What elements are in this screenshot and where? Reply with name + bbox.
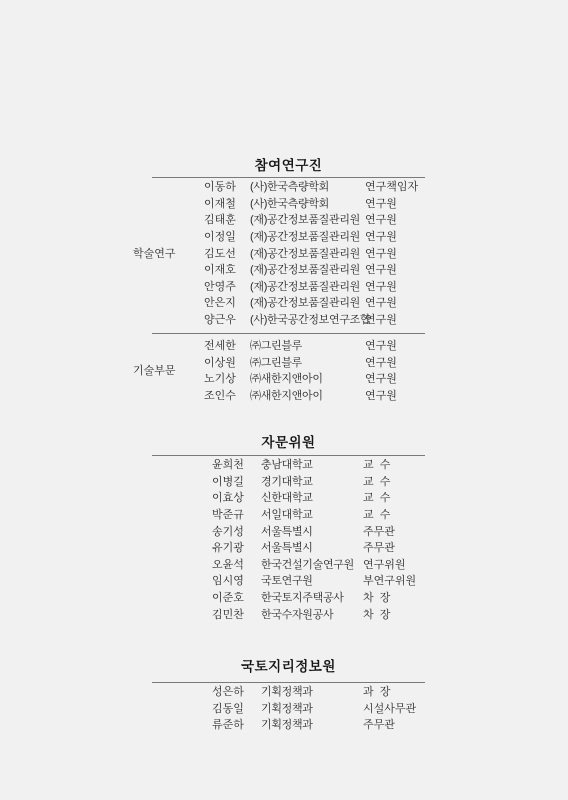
role-cell: 연구원 <box>365 311 427 327</box>
section-title: 자문위원 <box>152 434 425 452</box>
role-cell: 차 장 <box>363 606 425 622</box>
role-cell: 연구원 <box>365 211 427 227</box>
affiliation-cell: 한국건설기술연구원 <box>261 556 363 572</box>
contributor-row: 김도선(재)공간정보품질관리원연구원 <box>133 244 425 261</box>
affiliation-cell: ㈜새한지앤아이 <box>250 387 365 403</box>
role-cell: 연구원 <box>365 370 427 386</box>
group-divider <box>152 333 425 334</box>
contributor-row: 안은지(재)공간정보품질관리원연구원 <box>133 294 425 311</box>
contributor-row: 오윤석한국건설기술연구원연구위원 <box>133 556 425 573</box>
name-cell: 노기상 <box>204 370 250 386</box>
name-cell: 이정일 <box>204 228 250 244</box>
name-cell: 김도선 <box>204 245 250 261</box>
role-cell: 시설사무관 <box>363 700 425 716</box>
name-cell: 이효상 <box>212 489 261 505</box>
advisor-rows: 윤희천충남대학교교 수이병길경기대학교교 수이효상신한대학교교 수박준규서일대학… <box>133 456 425 622</box>
name-cell: 오윤석 <box>212 556 261 572</box>
contributor-row: 윤희천충남대학교교 수 <box>133 456 425 473</box>
affiliation-cell: (사)한국측량학회 <box>250 178 365 194</box>
name-cell: 김동일 <box>212 700 261 716</box>
contributor-row: 양근우(사)한국공간정보연구조합연구원 <box>133 311 425 328</box>
section-participating-researchers: 참여연구진 학술연구이동하(사)한국측량학회연구책임자이재철(사)한국측량학회연… <box>133 157 425 403</box>
contributor-row: 유기광서울특별시주무관 <box>133 539 425 556</box>
section-title: 참여연구진 <box>152 157 425 175</box>
contributor-row: 노기상㈜새한지앤아이연구원 <box>133 370 425 387</box>
ngii-rows: 성은하기획정책과과 장김동일기획정책과시설사무관류준하기획정책과주무관 <box>133 683 425 733</box>
name-cell: 박준규 <box>212 506 261 522</box>
role-cell: 교 수 <box>363 456 425 472</box>
category-label: 기술부문 <box>133 362 176 378</box>
affiliation-cell: (사)한국공간정보연구조합 <box>250 311 365 327</box>
contributor-row: 박준규서일대학교교 수 <box>133 506 425 523</box>
affiliation-cell: ㈜그린블루 <box>250 337 365 353</box>
role-cell: 연구원 <box>365 245 427 261</box>
affiliation-cell: 충남대학교 <box>261 456 363 472</box>
role-cell: 연구원 <box>365 228 427 244</box>
affiliation-cell: 기획정책과 <box>261 716 363 732</box>
contributor-row: 이동하(사)한국측량학회연구책임자 <box>133 178 425 195</box>
affiliation-cell: 한국수자원공사 <box>261 606 363 622</box>
name-cell: 김태훈 <box>204 211 250 227</box>
role-cell: 연구원 <box>365 387 427 403</box>
name-cell: 류준하 <box>212 716 261 732</box>
name-cell: 조인수 <box>204 387 250 403</box>
affiliation-cell: ㈜새한지앤아이 <box>250 370 365 386</box>
affiliation-cell: 경기대학교 <box>261 473 363 489</box>
name-cell: 이병길 <box>212 473 261 489</box>
role-cell: 교 수 <box>363 473 425 489</box>
contributor-row: 김민찬한국수자원공사차 장 <box>133 605 425 622</box>
contributor-row: 이정일(재)공간정보품질관리원연구원 <box>133 228 425 245</box>
document-page: 참여연구진 학술연구이동하(사)한국측량학회연구책임자이재철(사)한국측량학회연… <box>0 0 568 800</box>
role-cell: 연구원 <box>365 278 427 294</box>
researcher-group: 기술부문전세한㈜그린블루연구원이상원㈜그린블루연구원노기상㈜새한지앤아이연구원조… <box>133 337 425 403</box>
role-cell: 연구위원 <box>363 556 425 572</box>
role-cell: 차 장 <box>363 589 425 605</box>
category-label: 학술연구 <box>133 245 176 261</box>
role-cell: 과 장 <box>363 683 425 699</box>
contributor-row: 이재철(사)한국측량학회연구원 <box>133 195 425 212</box>
name-cell: 송기성 <box>212 523 261 539</box>
role-cell: 연구원 <box>365 294 427 310</box>
name-cell: 임시영 <box>212 572 261 588</box>
affiliation-cell: 서일대학교 <box>261 506 363 522</box>
contributor-row: 이상원㈜그린블루연구원 <box>133 353 425 370</box>
name-cell: 양근우 <box>204 311 250 327</box>
section-title: 국토지리정보원 <box>152 658 425 676</box>
affiliation-cell: (재)공간정보품질관리원 <box>250 228 365 244</box>
section-advisory-committee: 자문위원 윤희천충남대학교교 수이병길경기대학교교 수이효상신한대학교교 수박준… <box>133 434 425 622</box>
affiliation-cell: 기획정책과 <box>261 683 363 699</box>
affiliation-cell: (재)공간정보품질관리원 <box>250 245 365 261</box>
researcher-group: 학술연구이동하(사)한국측량학회연구책임자이재철(사)한국측량학회연구원김태훈(… <box>133 178 425 327</box>
name-cell: 안은지 <box>204 294 250 310</box>
contributor-row: 이효상신한대학교교 수 <box>133 489 425 506</box>
role-cell: 연구책임자 <box>365 178 427 194</box>
affiliation-cell: 신한대학교 <box>261 489 363 505</box>
role-cell: 연구원 <box>365 195 427 211</box>
contributor-row: 류준하기획정책과주무관 <box>133 716 425 733</box>
affiliation-cell: 국토연구원 <box>261 572 363 588</box>
role-cell: 주무관 <box>363 716 425 732</box>
contributor-row: 전세한㈜그린블루연구원 <box>133 337 425 354</box>
contributor-row: 성은하기획정책과과 장 <box>133 683 425 700</box>
contributor-row: 이준호한국토지주택공사차 장 <box>133 589 425 606</box>
name-cell: 안영주 <box>204 278 250 294</box>
affiliation-cell: 서울특별시 <box>261 539 363 555</box>
contributor-row: 안영주(재)공간정보품질관리원연구원 <box>133 278 425 295</box>
contributor-row: 이병길경기대학교교 수 <box>133 473 425 490</box>
affiliation-cell: (재)공간정보품질관리원 <box>250 278 365 294</box>
name-cell: 전세한 <box>204 337 250 353</box>
name-cell: 이준호 <box>212 589 261 605</box>
role-cell: 연구원 <box>365 261 427 277</box>
affiliation-cell: 기획정책과 <box>261 700 363 716</box>
name-cell: 성은하 <box>212 683 261 699</box>
affiliation-cell: (재)공간정보품질관리원 <box>250 294 365 310</box>
contributor-row: 이재호(재)공간정보품질관리원연구원 <box>133 261 425 278</box>
name-cell: 윤희천 <box>212 456 261 472</box>
section-ngii: 국토지리정보원 성은하기획정책과과 장김동일기획정책과시설사무관류준하기획정책과… <box>133 658 425 733</box>
name-cell: 이상원 <box>204 354 250 370</box>
name-cell: 이동하 <box>204 178 250 194</box>
role-cell: 부연구위원 <box>363 572 425 588</box>
contributor-row: 송기성서울특별시주무관 <box>133 522 425 539</box>
name-cell: 유기광 <box>212 539 261 555</box>
role-cell: 연구원 <box>365 337 427 353</box>
role-cell: 연구원 <box>365 354 427 370</box>
name-cell: 이재철 <box>204 195 250 211</box>
name-cell: 이재호 <box>204 261 250 277</box>
affiliation-cell: ㈜그린블루 <box>250 354 365 370</box>
affiliation-cell: (재)공간정보품질관리원 <box>250 211 365 227</box>
affiliation-cell: (재)공간정보품질관리원 <box>250 261 365 277</box>
role-cell: 교 수 <box>363 489 425 505</box>
affiliation-cell: (사)한국측량학회 <box>250 195 365 211</box>
role-cell: 교 수 <box>363 506 425 522</box>
contributor-row: 임시영국토연구원부연구위원 <box>133 572 425 589</box>
contributor-row: 김태훈(재)공간정보품질관리원연구원 <box>133 211 425 228</box>
researcher-groups: 학술연구이동하(사)한국측량학회연구책임자이재철(사)한국측량학회연구원김태훈(… <box>133 178 425 403</box>
affiliation-cell: 한국토지주택공사 <box>261 589 363 605</box>
name-cell: 김민찬 <box>212 606 261 622</box>
role-cell: 주무관 <box>363 539 425 555</box>
role-cell: 주무관 <box>363 523 425 539</box>
contributor-row: 조인수㈜새한지앤아이연구원 <box>133 387 425 404</box>
affiliation-cell: 서울특별시 <box>261 523 363 539</box>
contributor-row: 김동일기획정책과시설사무관 <box>133 700 425 717</box>
